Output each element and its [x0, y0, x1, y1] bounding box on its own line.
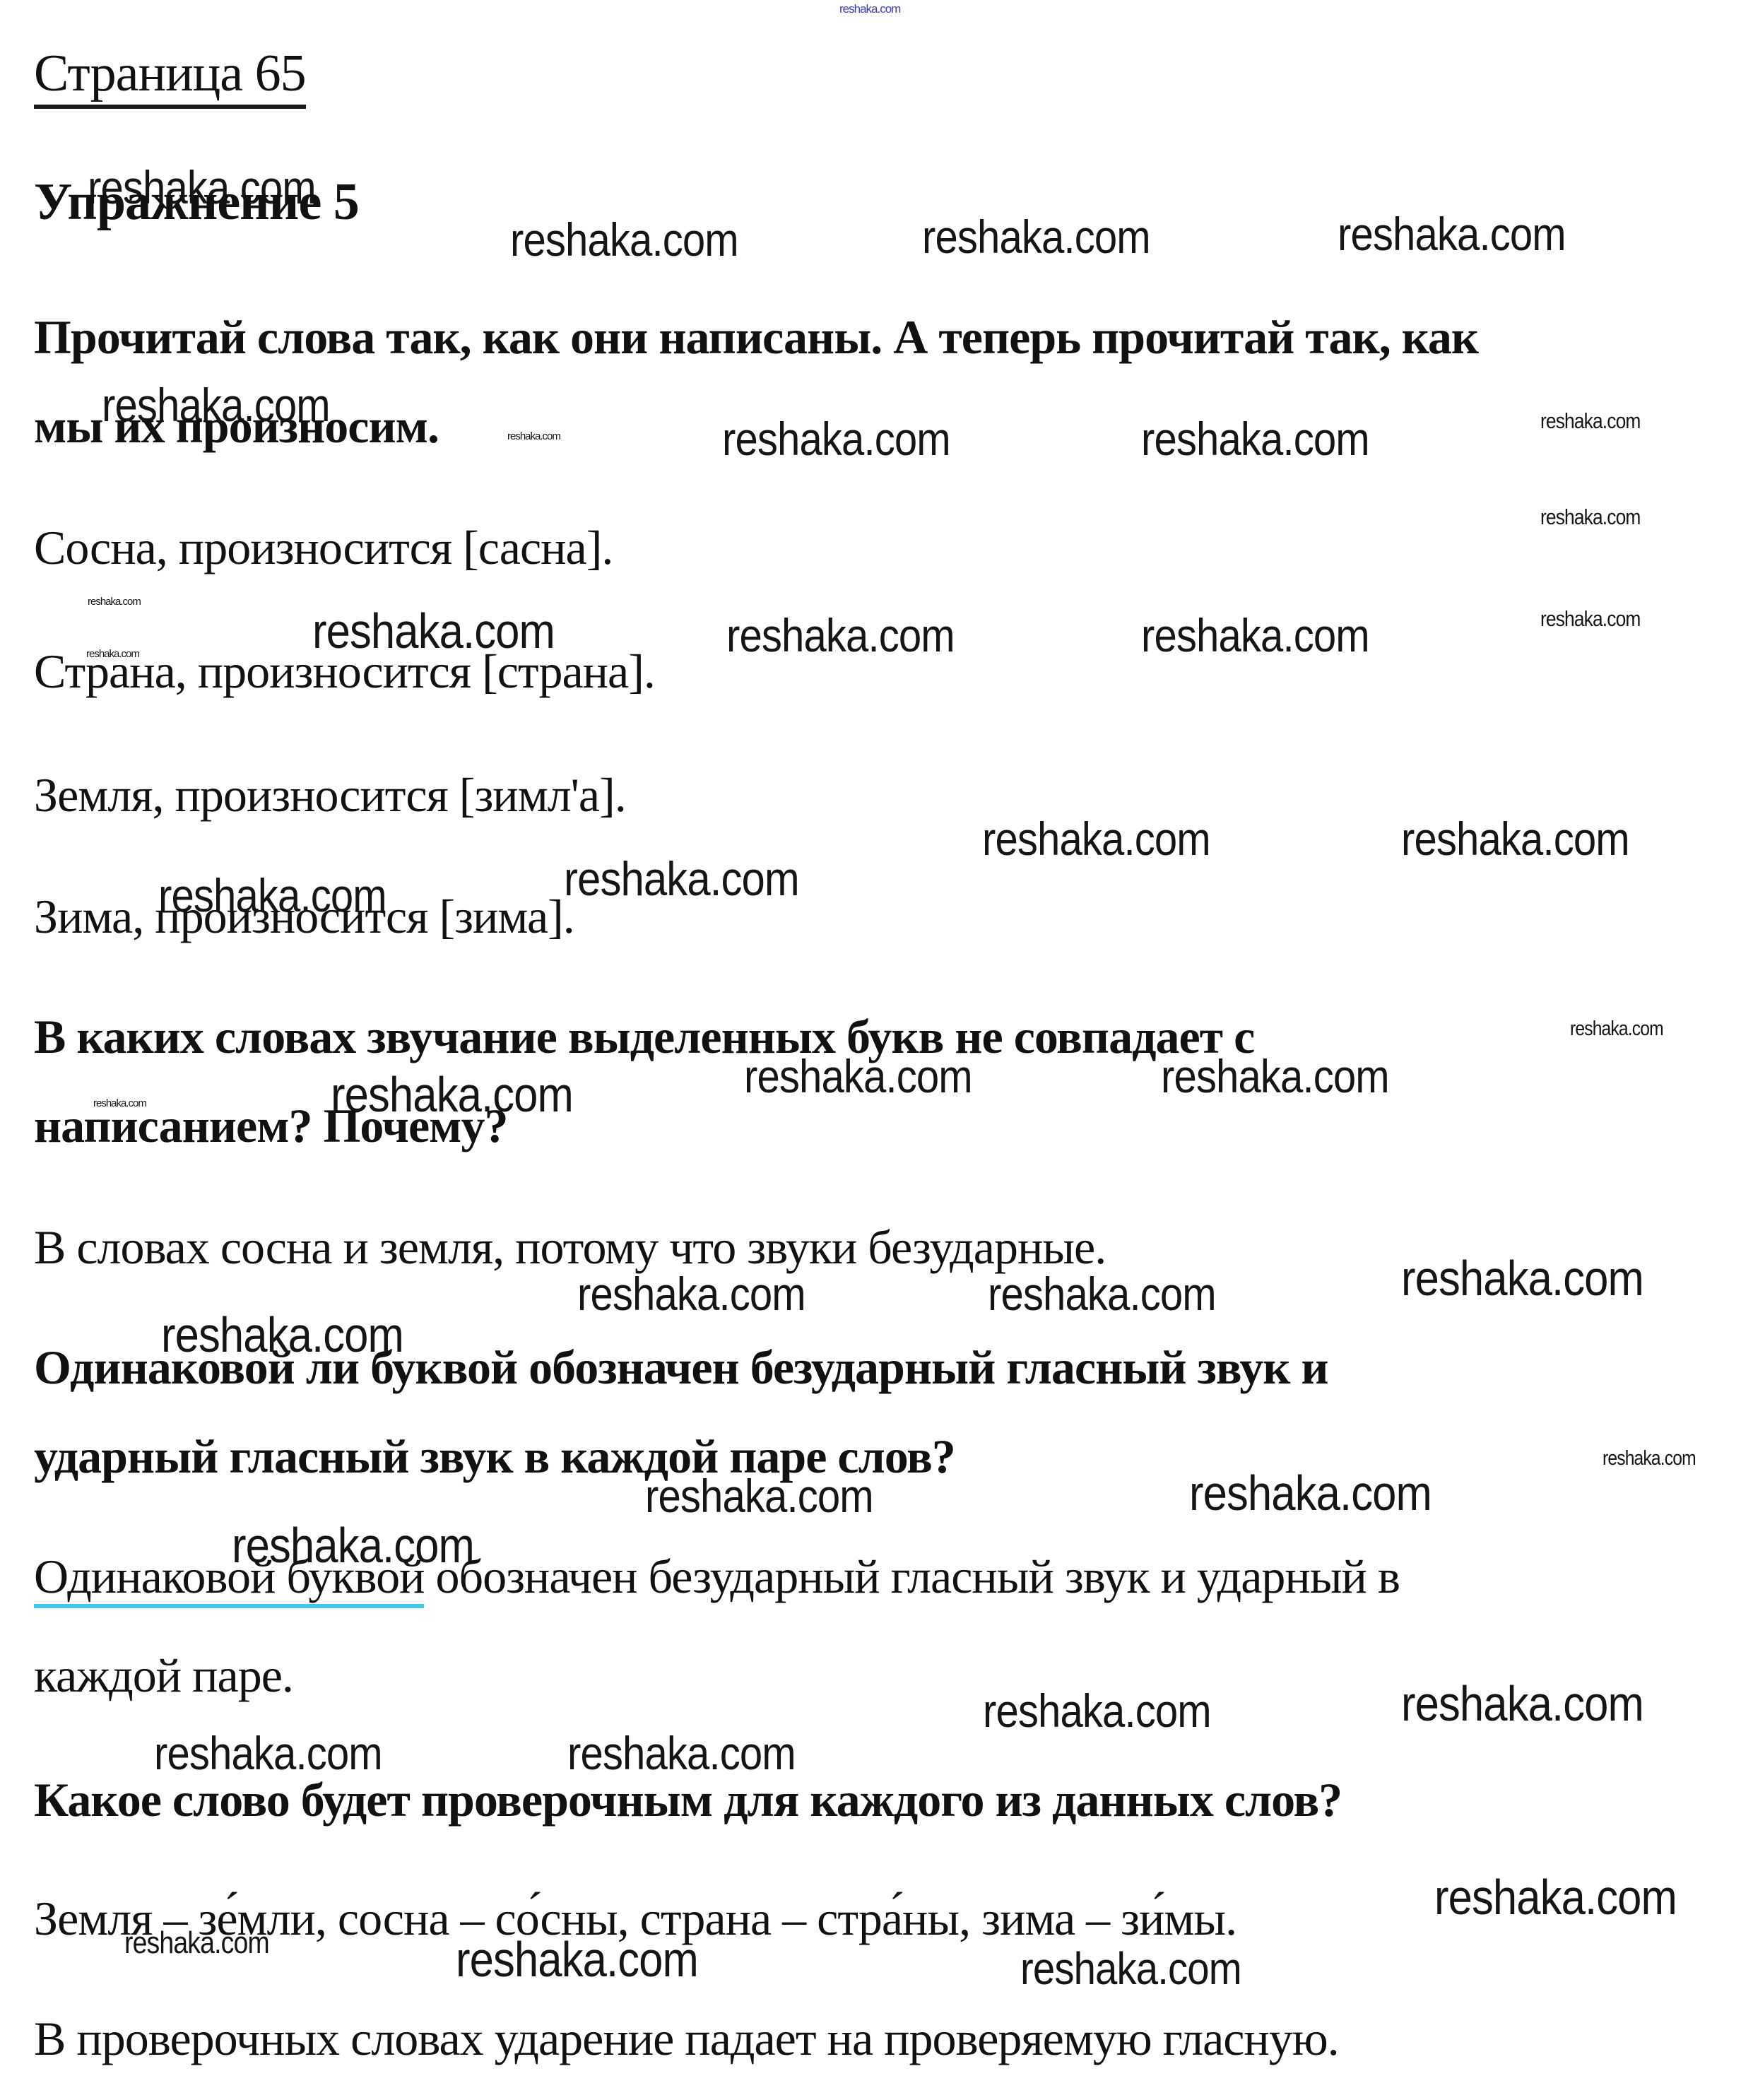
exercise-heading: Упражнение 5 — [34, 175, 359, 230]
watermark: reshaka.com — [1338, 211, 1566, 257]
watermark: reshaka.com — [722, 415, 950, 462]
question2-line1: В каких словах звучание выделенных букв … — [34, 1012, 1254, 1062]
watermark: reshaka.com — [564, 855, 799, 903]
watermark: reshaka.com — [1401, 1253, 1643, 1303]
watermark: reshaka.com — [88, 596, 141, 607]
question2-line2: написанием? Почему? — [34, 1101, 508, 1151]
watermark: reshaka.com — [577, 1270, 805, 1317]
answer1-strana: Страна, произносится [страна]. — [34, 647, 655, 697]
watermark: reshaka.com — [1540, 608, 1640, 630]
watermark: reshaka.com — [567, 1730, 796, 1776]
page-title: Страница 65 — [34, 47, 306, 109]
answer4-pairs: Земля – зе́мли, сосна – со́сны, страна –… — [34, 1894, 1236, 1944]
watermark: reshaka.com — [839, 3, 900, 15]
watermark: reshaka.com — [1401, 1679, 1643, 1728]
watermark: reshaka.com — [1570, 1019, 1663, 1039]
answer1-zemlya: Земля, произносится [зимл'а]. — [34, 770, 626, 820]
watermark: reshaka.com — [982, 815, 1210, 862]
watermark: reshaka.com — [154, 1730, 382, 1776]
answer3-line2: каждой паре. — [34, 1651, 293, 1701]
page-title-text: Страница 65 — [34, 47, 306, 109]
watermark: reshaka.com — [1434, 1872, 1677, 1922]
watermark: reshaka.com — [510, 216, 738, 263]
watermark: reshaka.com — [1189, 1468, 1432, 1518]
answer2: В словах сосна и земля, потому что звуки… — [34, 1222, 1106, 1273]
document-page: reshaka.comreshaka.comreshaka.comreshaka… — [0, 0, 1753, 2100]
question4: Какое слово будет проверочным для каждог… — [34, 1775, 1342, 1825]
watermark: reshaka.com — [988, 1270, 1216, 1317]
watermark: reshaka.com — [726, 612, 955, 659]
watermark: reshaka.com — [1540, 410, 1640, 432]
answer1-sosna: Сосна, произносится [сасна]. — [34, 523, 613, 573]
watermark: reshaka.com — [1141, 415, 1369, 462]
watermark: reshaka.com — [1401, 815, 1629, 862]
watermark: reshaka.com — [922, 213, 1150, 260]
answer4-explanation: В проверочных словах ударение падает на … — [34, 2014, 1339, 2064]
answer3-underlined-phrase: Одинаковой буквой — [34, 1552, 424, 1608]
watermark: reshaka.com — [507, 431, 560, 442]
watermark: reshaka.com — [983, 1687, 1211, 1734]
watermark: reshaka.com — [1020, 1946, 1241, 1991]
question1-line2: мы их произносим. — [34, 401, 439, 452]
question3-line1: Одинаковой ли буквой обозначен безударны… — [34, 1343, 1328, 1393]
watermark: reshaka.com — [1603, 1449, 1696, 1469]
watermark: reshaka.com — [1540, 506, 1640, 528]
answer3-rest: обозначен безударный гласный звук и удар… — [424, 1550, 1400, 1603]
question1-line1: Прочитай слова так, как они написаны. А … — [34, 312, 1478, 362]
watermark: reshaka.com — [1141, 612, 1369, 659]
answer3-line1: Одинаковой буквой обозначен безударный г… — [34, 1552, 1400, 1608]
question3-line2: ударный гласный звук в каждой паре слов? — [34, 1432, 955, 1482]
answer1-zima: Зима, произносится [зима]. — [34, 892, 574, 942]
